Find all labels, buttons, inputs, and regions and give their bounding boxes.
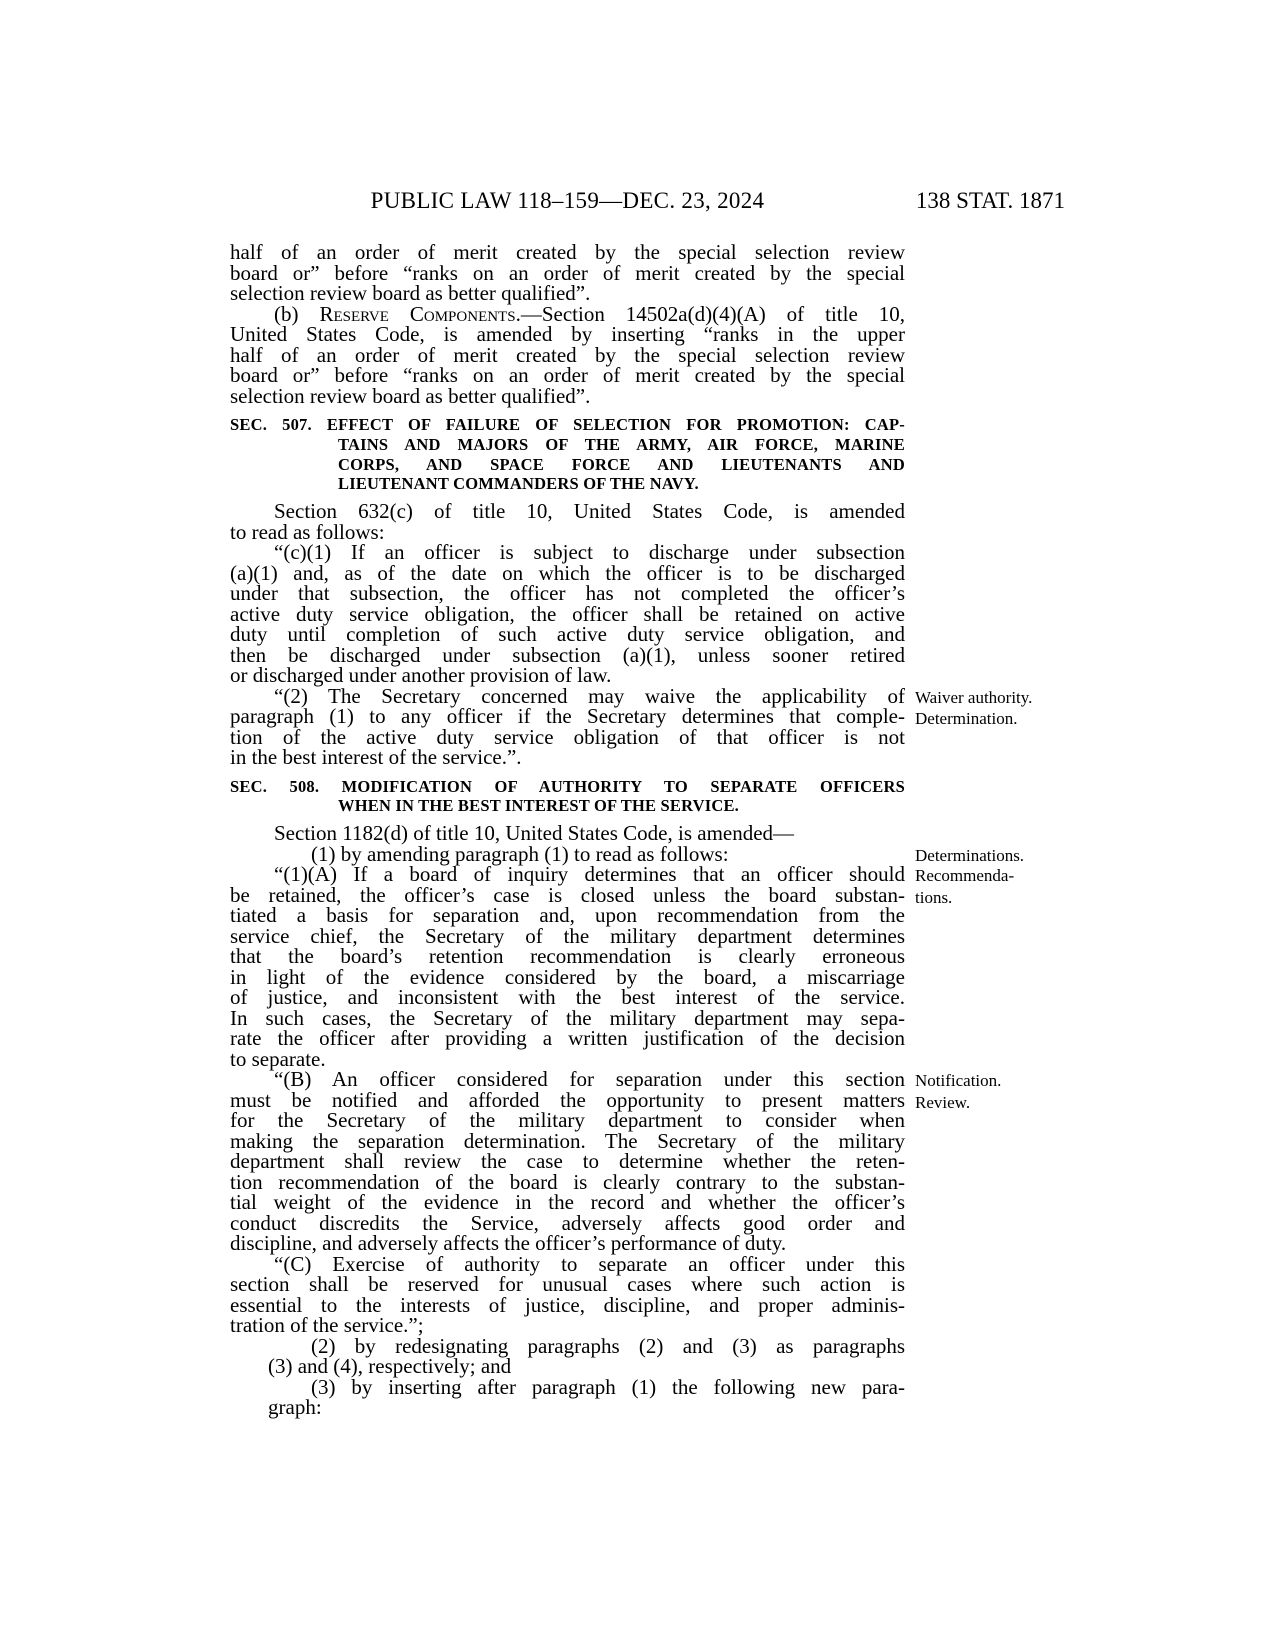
text-line: that the board’s retention recommendatio…	[230, 946, 905, 967]
text-line: in light of the evidence considered by t…	[230, 967, 905, 988]
document-body: half of an order of merit created by the…	[230, 242, 905, 1418]
text-line: to read as follows:	[230, 522, 905, 543]
text-line: SEC. 508. MODIFICATION OF AUTHORITY TO S…	[230, 777, 905, 797]
paragraph: (1) by amending paragraph (1) to read as…	[230, 844, 905, 865]
text-line: active duty service obligation, the offi…	[230, 604, 905, 625]
paragraph: “(1)(A) If a board of inquiry determines…	[230, 864, 905, 1069]
paragraph: (b) Reserve Components.—Section 14502a(d…	[230, 304, 905, 407]
text-line: of justice, and inconsistent with the be…	[230, 987, 905, 1008]
text-line: WHEN IN THE BEST INTEREST OF THE SERVICE…	[230, 796, 905, 816]
paragraph: “(B) An officer considered for separatio…	[230, 1069, 905, 1254]
text-line: or discharged under another provision of…	[230, 665, 905, 686]
paragraph: “(2) The Secretary concerned may waive t…	[230, 686, 905, 768]
text-line: LIEUTENANT COMMANDERS OF THE NAVY.	[230, 474, 905, 494]
text-line: department shall review the case to dete…	[230, 1151, 905, 1172]
statute-page: PUBLIC LAW 118–159—DEC. 23, 2024 138 STA…	[0, 0, 1275, 1650]
text-line: (b) Reserve Components.—Section 14502a(d…	[230, 304, 905, 325]
text-line: Section 1182(d) of title 10, United Stat…	[230, 823, 905, 844]
page-header: PUBLIC LAW 118–159—DEC. 23, 2024 138 STA…	[230, 188, 1065, 214]
text-line: (3) by inserting after paragraph (1) the…	[230, 1377, 905, 1398]
text-line: board or” before “ranks on an order of m…	[230, 263, 905, 284]
text-line: discipline, and adversely affects the of…	[230, 1233, 905, 1254]
text-line: half of an order of merit created by the…	[230, 345, 905, 366]
text-line: “(c)(1) If an officer is subject to disc…	[230, 542, 905, 563]
text-line: (a)(1) and, as of the date on which the …	[230, 563, 905, 584]
stat-citation: 138 STAT. 1871	[905, 188, 1065, 214]
text-line: tiated a basis for separation and, upon …	[230, 905, 905, 926]
text-line: (2) by redesignating paragraphs (2) and …	[230, 1336, 905, 1357]
text-line: duty until completion of such active dut…	[230, 624, 905, 645]
paragraph: “(c)(1) If an officer is subject to disc…	[230, 542, 905, 686]
text-line: making the separation determination. The…	[230, 1131, 905, 1152]
margin-note: Notification.Review.	[915, 1070, 1095, 1113]
text-line: In such cases, the Secretary of the mili…	[230, 1008, 905, 1029]
text-line: be retained, the officer’s case is close…	[230, 885, 905, 906]
text-line: (1) by amending paragraph (1) to read as…	[230, 844, 905, 865]
margin-note: Recommenda-tions.	[915, 865, 1095, 908]
text-line: United States Code, is amended by insert…	[230, 324, 905, 345]
text-line: selection review board as better qualifi…	[230, 386, 905, 407]
margin-note: Determinations.	[915, 845, 1095, 867]
paragraph: Section 1182(d) of title 10, United Stat…	[230, 823, 905, 844]
text-line: selection review board as better qualifi…	[230, 283, 905, 304]
text-line: to separate.	[230, 1049, 905, 1070]
text-line: “(B) An officer considered for separatio…	[230, 1069, 905, 1090]
text-line: half of an order of merit created by the…	[230, 242, 905, 263]
paragraph: Section 632(c) of title 10, United State…	[230, 501, 905, 542]
paragraph: (3) by inserting after paragraph (1) the…	[230, 1377, 905, 1418]
text-line: must be notified and afforded the opport…	[230, 1090, 905, 1111]
text-line: “(1)(A) If a board of inquiry determines…	[230, 864, 905, 885]
paragraph: half of an order of merit created by the…	[230, 242, 905, 304]
section-heading: SEC. 508. MODIFICATION OF AUTHORITY TO S…	[230, 777, 905, 817]
paragraph: “(C) Exercise of authority to separate a…	[230, 1254, 905, 1336]
text-line: “(2) The Secretary concerned may waive t…	[230, 686, 905, 707]
text-line: rate the officer after providing a writt…	[230, 1028, 905, 1049]
text-line: essential to the interests of justice, d…	[230, 1295, 905, 1316]
text-line: “(C) Exercise of authority to separate a…	[230, 1254, 905, 1275]
text-line: (3) and (4), respectively; and	[230, 1356, 905, 1377]
text-line: tial weight of the evidence in the recor…	[230, 1192, 905, 1213]
text-line: section shall be reserved for unusual ca…	[230, 1274, 905, 1295]
text-line: conduct discredits the Service, adversel…	[230, 1213, 905, 1234]
text-line: service chief, the Secretary of the mili…	[230, 926, 905, 947]
text-line: in the best interest of the service.”.	[230, 747, 905, 768]
text-line: graph:	[230, 1397, 905, 1418]
running-title: PUBLIC LAW 118–159—DEC. 23, 2024	[230, 188, 905, 214]
text-line: then be discharged under subsection (a)(…	[230, 645, 905, 666]
margin-note: Waiver authority.Determination.	[915, 687, 1095, 730]
text-line: Section 632(c) of title 10, United State…	[230, 501, 905, 522]
text-line: CORPS, AND SPACE FORCE AND LIEUTENANTS A…	[230, 455, 905, 475]
text-line: tion recommendation of the board is clea…	[230, 1172, 905, 1193]
paragraph: (2) by redesignating paragraphs (2) and …	[230, 1336, 905, 1377]
text-line: tration of the service.”;	[230, 1315, 905, 1336]
text-line: tion of the active duty service obligati…	[230, 727, 905, 748]
text-line: under that subsection, the officer has n…	[230, 583, 905, 604]
text-line: board or” before “ranks on an order of m…	[230, 365, 905, 386]
text-line: for the Secretary of the military depart…	[230, 1110, 905, 1131]
section-heading: SEC. 507. EFFECT OF FAILURE OF SELECTION…	[230, 415, 905, 494]
text-line: TAINS AND MAJORS OF THE ARMY, AIR FORCE,…	[230, 435, 905, 455]
text-line: SEC. 507. EFFECT OF FAILURE OF SELECTION…	[230, 415, 905, 435]
text-line: paragraph (1) to any officer if the Secr…	[230, 706, 905, 727]
